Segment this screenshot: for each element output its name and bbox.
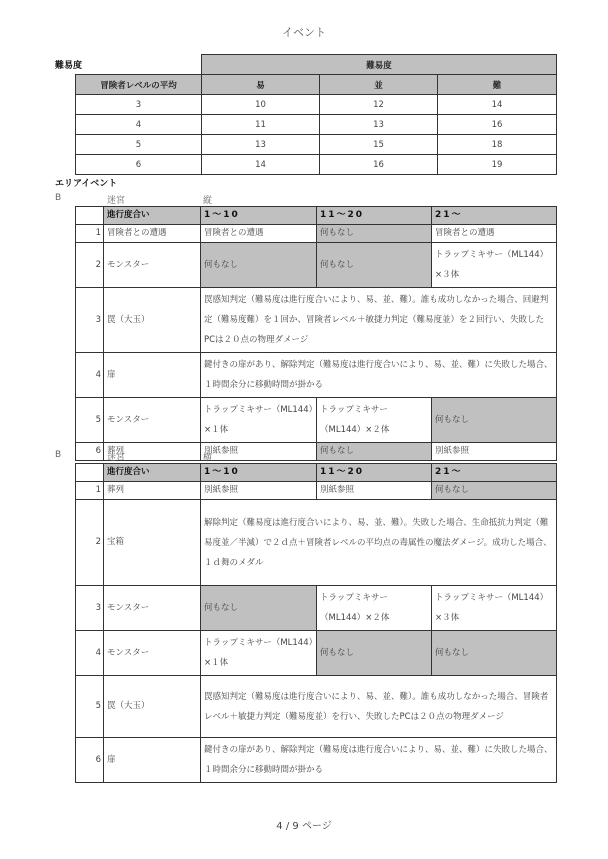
- event-name: モンスター: [104, 631, 201, 676]
- event-cell: トラップミキサー（ML144）×３体: [432, 586, 557, 631]
- col-header-hard: 難: [438, 75, 557, 95]
- area-event-table-horizontal: 進行度合い 1～10 11～20 21～ 1 葬列 別紙参照 別紙参照 何もなし…: [75, 463, 557, 783]
- blank-cell: [76, 55, 202, 75]
- event-cell: 何もなし: [317, 225, 432, 243]
- table-row: 6 葬列 別紙参照 何もなし 別紙参照: [76, 443, 557, 461]
- progress-header: 進行度合い: [104, 464, 201, 482]
- value-cell: 15: [320, 135, 438, 155]
- event-name: 罠（大玉）: [104, 288, 201, 353]
- table-row: 3 罠（大玉） 罠感知判定（難易度は進行度合いにより、易、並、難）。誰も成功しな…: [76, 288, 557, 353]
- table-row: 3 10 12 14: [76, 95, 557, 115]
- event-cell: 何もなし: [201, 243, 317, 288]
- row-number: 4: [76, 631, 104, 676]
- value-cell: 14: [438, 95, 557, 115]
- table-row: 1 葬列 別紙参照 別紙参照 何もなし: [76, 482, 557, 500]
- level-average-header: 冒険者レベルの平均: [76, 75, 202, 95]
- table-row: 5 13 15 18: [76, 135, 557, 155]
- area-events-section-title: エリアイベント: [55, 176, 117, 189]
- value-cell: 18: [438, 135, 557, 155]
- event-description: 解除判定（難易度は進行度合いにより、易、並、難）。失敗した場合、生命抵抗力判定（…: [201, 500, 557, 586]
- area-event-table-vertical: 進行度合い 1～10 11～20 21～ 1 冒険者との遭遇 冒険者との遭遇 何…: [75, 206, 557, 461]
- level-cell: 5: [76, 135, 202, 155]
- event-name: 冒険者との遭遇: [104, 225, 201, 243]
- col-header-1-10: 1～10: [201, 207, 317, 225]
- table-row: 5 罠（大玉） 罠感知判定（難易度は進行度合いにより、易、並、難）。誰も成功しな…: [76, 676, 557, 738]
- table-row: 5 モンスター トラップミキサー（ML144）×１体 トラップミキサー（ML14…: [76, 398, 557, 443]
- event-cell: 冒険者との遭遇: [432, 225, 557, 243]
- table-row: 2 宝箱 解除判定（難易度は進行度合いにより、易、並、難）。失敗した場合、生命抵…: [76, 500, 557, 586]
- event-name: モンスター: [104, 398, 201, 443]
- event-cell: トラップミキサー（ML144）×２体: [317, 586, 432, 631]
- progress-header: 進行度合い: [104, 207, 201, 225]
- row-number: 5: [76, 398, 104, 443]
- difficulty-table: 難易度 冒険者レベルの平均 易 並 難 3 10 12 14 4 11 13 1…: [75, 54, 557, 175]
- event-cell: 別紙参照: [317, 482, 432, 500]
- value-cell: 13: [320, 115, 438, 135]
- row-number: 3: [76, 288, 104, 353]
- event-name: モンスター: [104, 243, 201, 288]
- row-number: 3: [76, 586, 104, 631]
- blank-cell: [76, 207, 104, 225]
- event-cell: 何もなし: [317, 243, 432, 288]
- col-header-easy: 易: [202, 75, 320, 95]
- col-header-21-plus: 21～: [432, 207, 557, 225]
- col-header-1-10: 1～10: [201, 464, 317, 482]
- difficulty-group-header: 難易度: [202, 55, 557, 75]
- event-cell: トラップミキサー（ML144）×１体: [201, 398, 317, 443]
- row-number: 6: [76, 738, 104, 783]
- area-label: B: [55, 193, 61, 203]
- table-row: 6 14 16 19: [76, 155, 557, 175]
- page-header-title: イベント: [0, 24, 608, 40]
- level-cell: 3: [76, 95, 202, 115]
- value-cell: 12: [320, 95, 438, 115]
- event-cell: 何もなし: [201, 586, 317, 631]
- event-cell: トラップミキサー（ML144）×２体: [317, 398, 432, 443]
- value-cell: 11: [202, 115, 320, 135]
- row-number: 6: [76, 443, 104, 461]
- event-cell: トラップミキサー（ML144）×３体: [432, 243, 557, 288]
- page-number: 4 / 9 ページ: [0, 817, 608, 832]
- event-name: 罠（大玉）: [104, 676, 201, 738]
- value-cell: 16: [438, 115, 557, 135]
- table-row: 1 冒険者との遭遇 冒険者との遭遇 何もなし 冒険者との遭遇: [76, 225, 557, 243]
- value-cell: 16: [320, 155, 438, 175]
- event-description: 罠感知判定（難易度は進行度合いにより、易、並、難）。誰も成功しなかった場合、冒険…: [201, 676, 557, 738]
- table-row: 2 モンスター 何もなし 何もなし トラップミキサー（ML144）×３体: [76, 243, 557, 288]
- row-number: 1: [76, 482, 104, 500]
- event-cell: 別紙参照: [201, 482, 317, 500]
- area-label: B: [55, 450, 61, 460]
- event-cell: 何もなし: [317, 631, 432, 676]
- event-cell: トラップミキサー（ML144）×１体: [201, 631, 317, 676]
- event-name: モンスター: [104, 586, 201, 631]
- direction-label: 横: [203, 450, 212, 463]
- row-number: 4: [76, 353, 104, 398]
- direction-label: 縦: [203, 193, 212, 206]
- table-row: 6 扉 鍵付きの扉があり、解除判定（難易度は進行度合いにより、易、並、難）に失敗…: [76, 738, 557, 783]
- event-cell: 何もなし: [432, 482, 557, 500]
- row-number: 5: [76, 676, 104, 738]
- table-row: 4 モンスター トラップミキサー（ML144）×１体 何もなし 何もなし: [76, 631, 557, 676]
- event-description: 鍵付きの扉があり、解除判定（難易度は進行度合いにより、易、並、難）に失敗した場合…: [201, 353, 557, 398]
- area-type-label: 迷宮: [107, 450, 125, 463]
- event-description: 罠感知判定（難易度は進行度合いにより、易、並、難）。誰も成功しなかった場合、回避…: [201, 288, 557, 353]
- value-cell: 13: [202, 135, 320, 155]
- value-cell: 14: [202, 155, 320, 175]
- table-row: 3 モンスター 何もなし トラップミキサー（ML144）×２体 トラップミキサー…: [76, 586, 557, 631]
- blank-cell: [76, 464, 104, 482]
- event-name: 扉: [104, 353, 201, 398]
- row-number: 2: [76, 243, 104, 288]
- event-name: 扉: [104, 738, 201, 783]
- event-cell: 別紙参照: [201, 443, 317, 461]
- event-cell: 冒険者との遭遇: [201, 225, 317, 243]
- event-cell: 別紙参照: [432, 443, 557, 461]
- event-name: 葬列: [104, 482, 201, 500]
- col-header-11-20: 11～20: [317, 207, 432, 225]
- row-number: 2: [76, 500, 104, 586]
- value-cell: 10: [202, 95, 320, 115]
- event-cell: 何もなし: [432, 398, 557, 443]
- table-row: 4 扉 鍵付きの扉があり、解除判定（難易度は進行度合いにより、易、並、難）に失敗…: [76, 353, 557, 398]
- row-number: 1: [76, 225, 104, 243]
- event-name: 宝箱: [104, 500, 201, 586]
- event-description: 鍵付きの扉があり、解除判定（難易度は進行度合いにより、易、並、難）に失敗した場合…: [201, 738, 557, 783]
- event-cell: 何もなし: [432, 631, 557, 676]
- level-cell: 4: [76, 115, 202, 135]
- col-header-normal: 並: [320, 75, 438, 95]
- area-type-label: 迷宮: [107, 193, 125, 206]
- value-cell: 19: [438, 155, 557, 175]
- col-header-11-20: 11～20: [317, 464, 432, 482]
- table-row: 4 11 13 16: [76, 115, 557, 135]
- col-header-21-plus: 21～: [432, 464, 557, 482]
- level-cell: 6: [76, 155, 202, 175]
- event-cell: 何もなし: [317, 443, 432, 461]
